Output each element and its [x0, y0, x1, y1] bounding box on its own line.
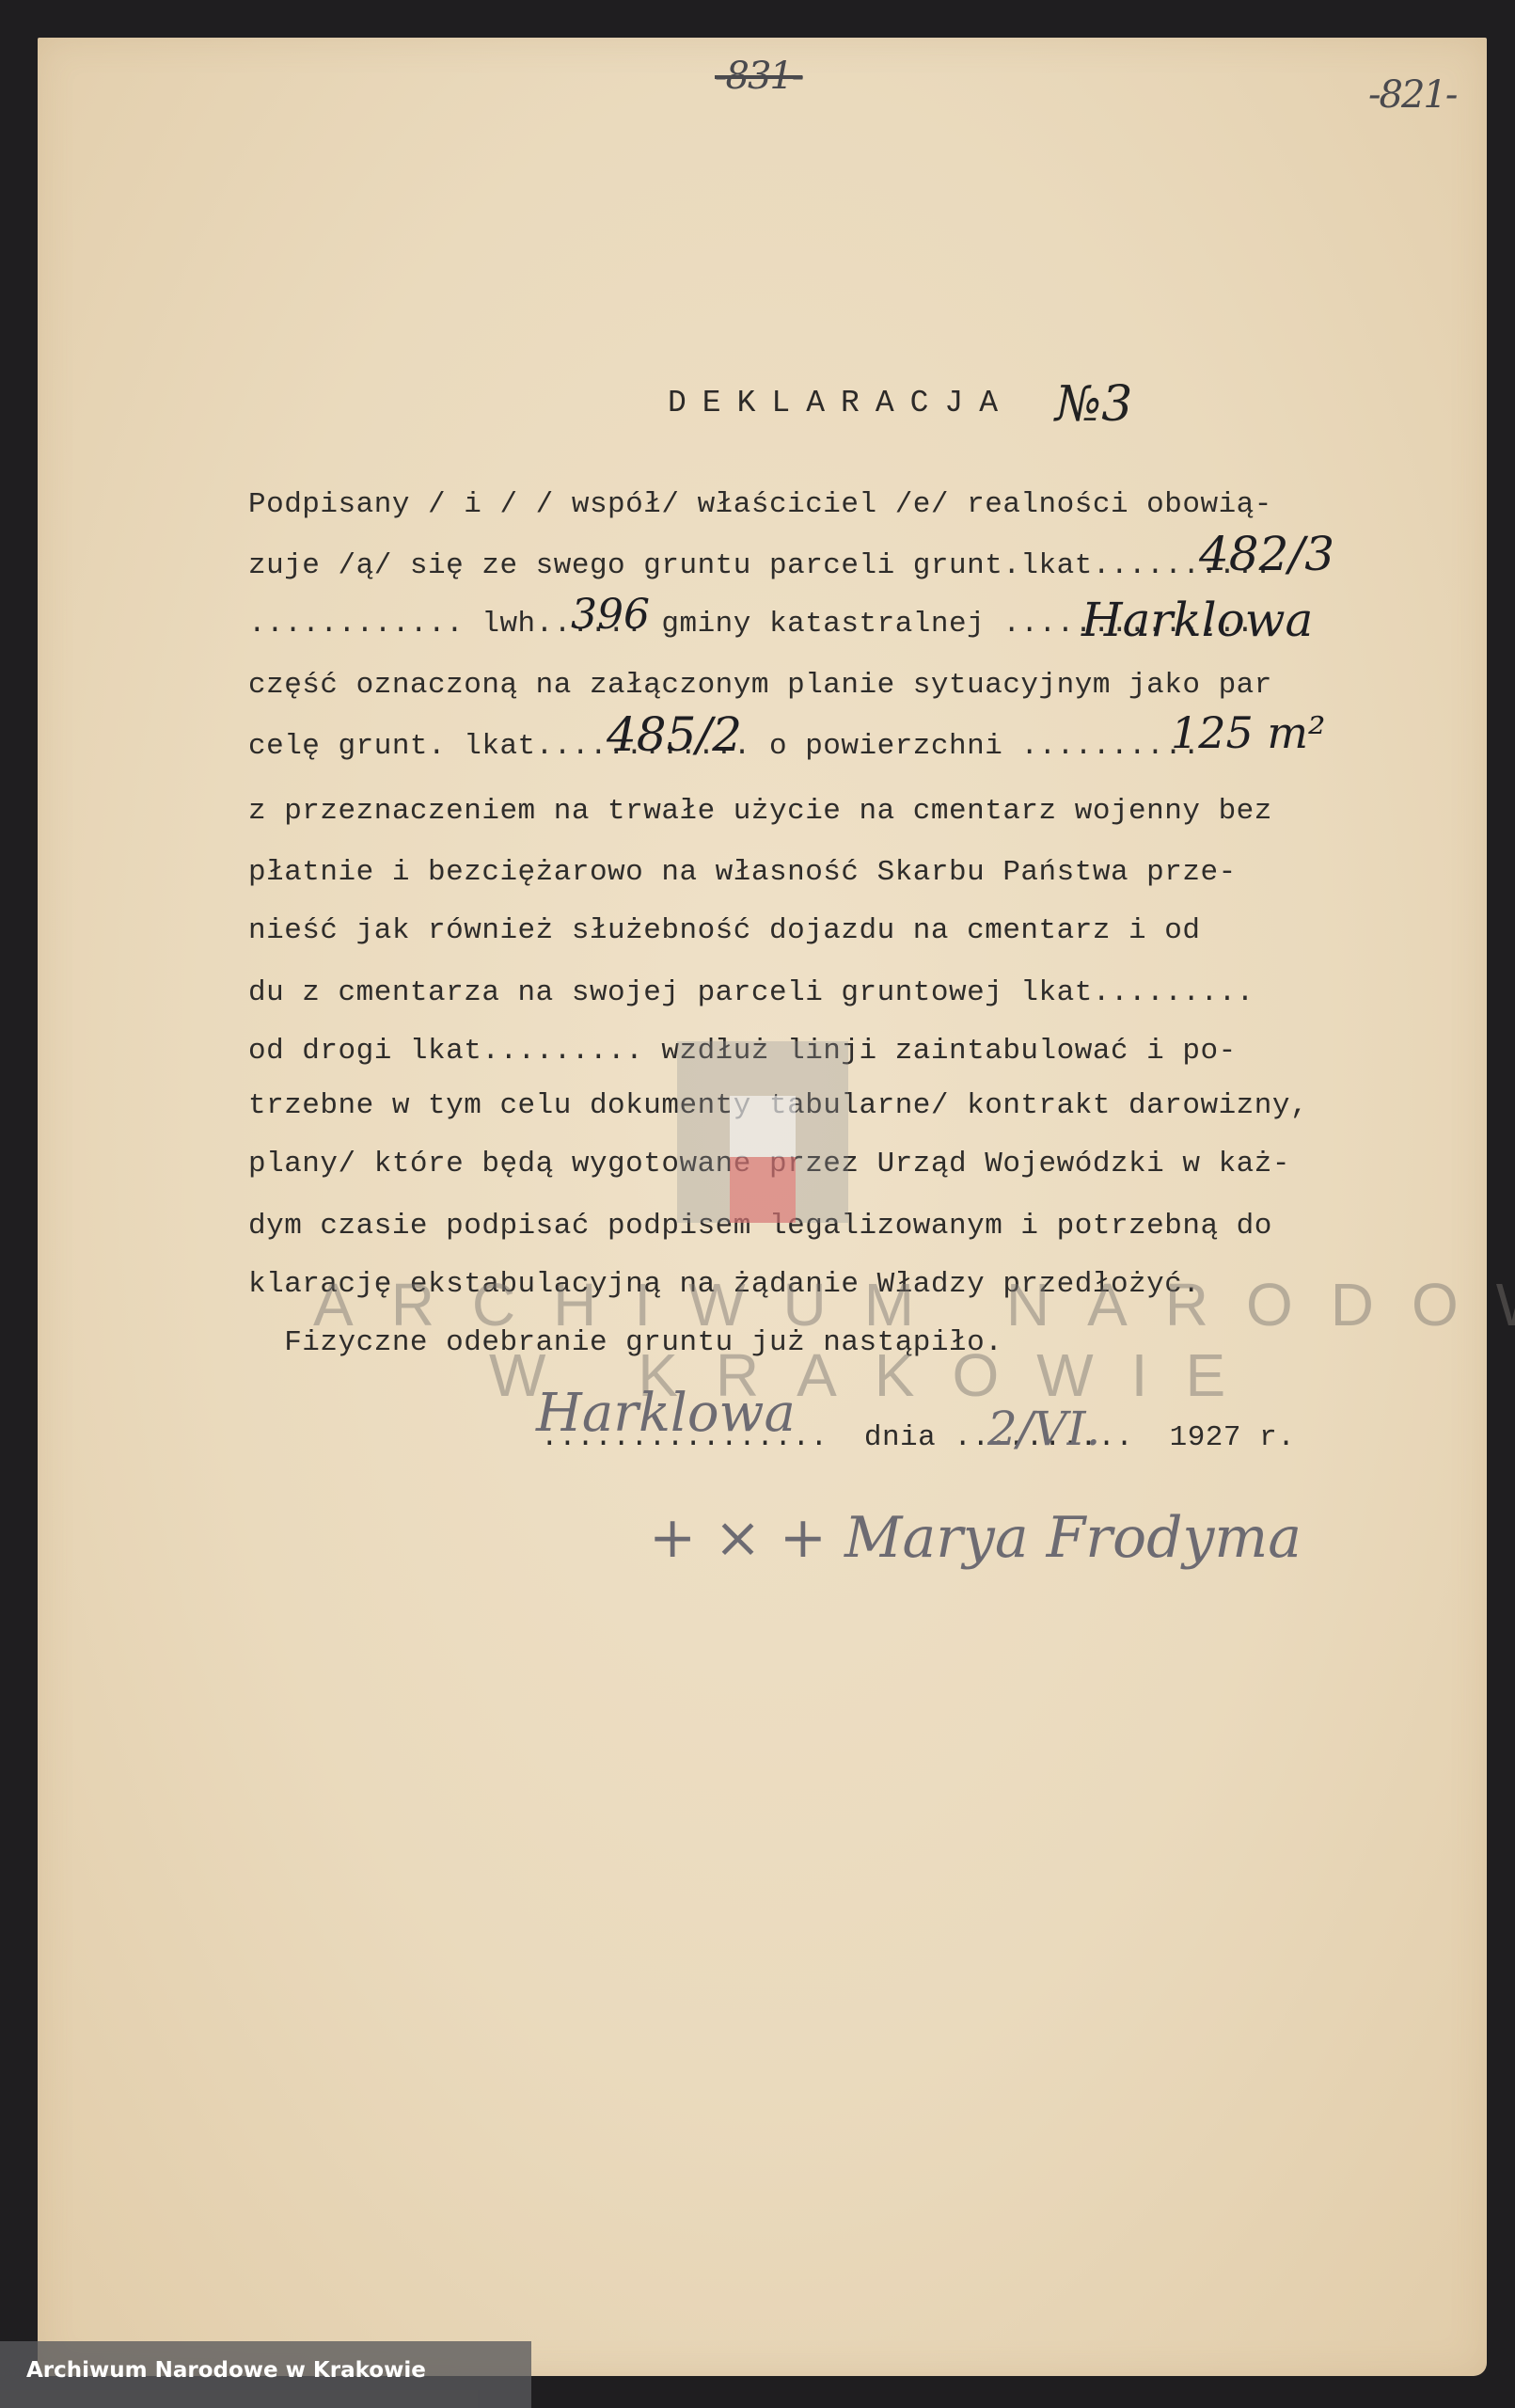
handwritten-gmina: Harklowa: [1081, 593, 1313, 647]
text-line: zuje /ą/ się ze swego gruntu parceli gru…: [248, 549, 1272, 582]
text-line: Podpisany / i / / współ/ właściciel /e/ …: [248, 488, 1272, 521]
handwritten-parcel-number: 482/3: [1199, 527, 1334, 581]
watermark-red-block: [730, 1157, 796, 1223]
handwritten-date: 2/VI.: [987, 1402, 1100, 1456]
text-line: nieść jak również służebność dojazdu na …: [248, 914, 1200, 947]
text-line: płatnie i bezciężarowo na własność Skarb…: [248, 856, 1237, 889]
watermark-text-line1: ARCHIWUM NARODOWE: [313, 1270, 1515, 1339]
folio-number: -821-: [1368, 73, 1456, 117]
archive-footer-label: Archiwum Narodowe w Krakowie: [26, 2358, 426, 2383]
archive-footer-banner: Archiwum Narodowe w Krakowie: [0, 2341, 531, 2408]
archive-watermark-logo: [677, 1041, 848, 1223]
signature: + × + Marya Frodyma: [649, 1505, 1302, 1571]
handwritten-area: 125 m²: [1171, 707, 1325, 758]
document-title: DEKLARACJA: [668, 386, 1014, 420]
handwritten-new-parcel: 485/2: [607, 707, 742, 762]
text-line: część oznaczoną na załączonym planie syt…: [248, 669, 1272, 702]
handwritten-place: Harklowa: [536, 1383, 796, 1444]
old-folio-number: -831-: [715, 55, 802, 98]
text-line: z przeznaczeniem na trwałe użycie na cme…: [248, 795, 1272, 828]
watermark-white-block: [730, 1096, 796, 1157]
document-number: №3: [1055, 376, 1132, 433]
text-line: du z cmentarza na swojej parceli gruntow…: [248, 976, 1255, 1009]
handwritten-lwh: 396: [571, 591, 650, 639]
